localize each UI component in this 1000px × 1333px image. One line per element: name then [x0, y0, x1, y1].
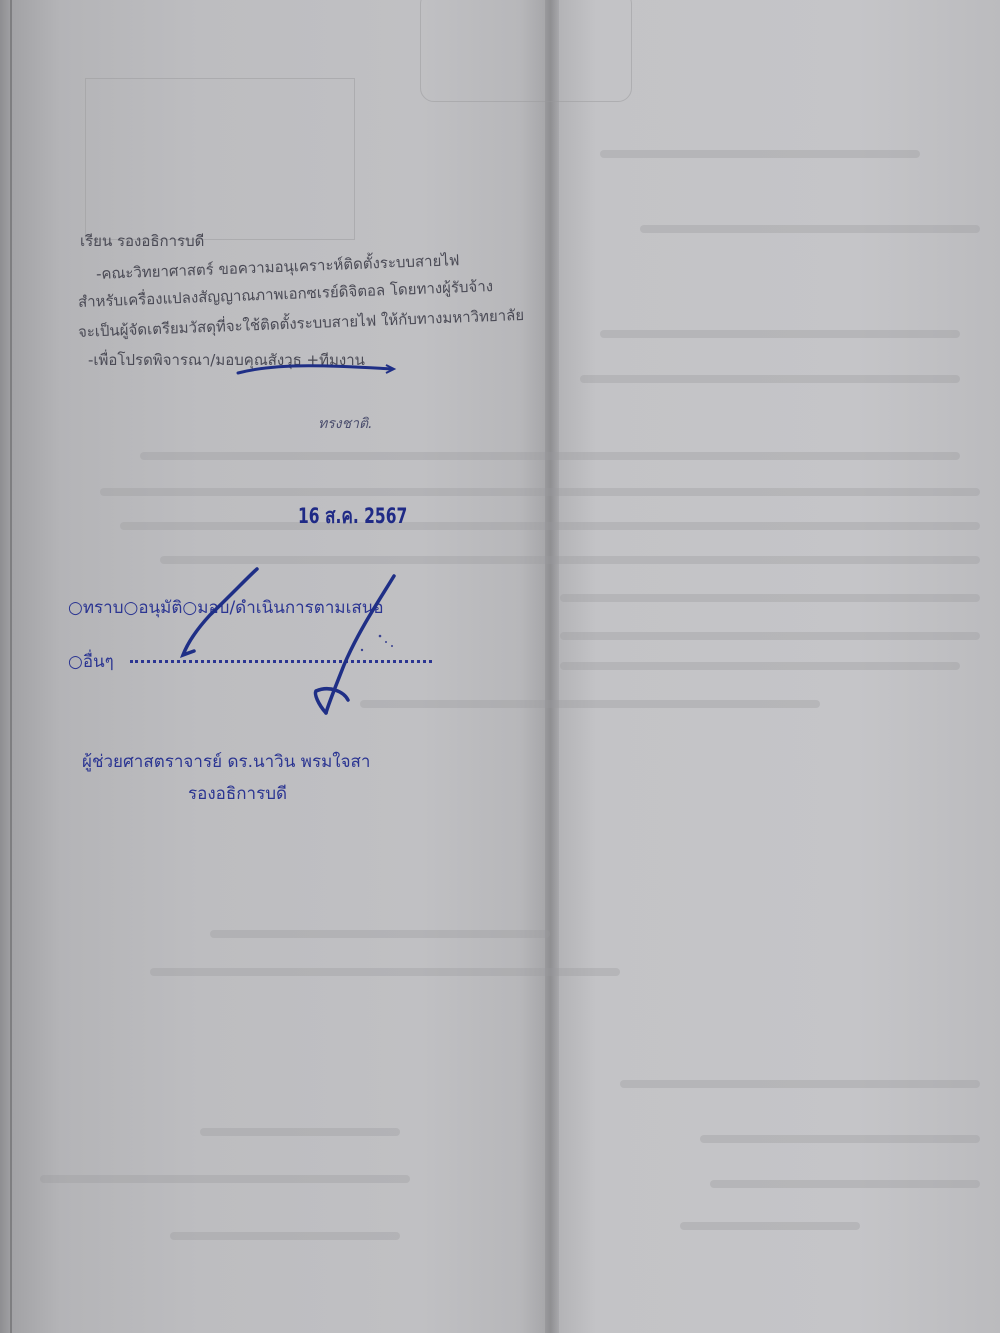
signature-stroke [326, 576, 394, 713]
underline-stroke [238, 366, 392, 373]
checkmark-stroke [183, 569, 257, 655]
pen-ink-marks [0, 0, 1000, 1333]
